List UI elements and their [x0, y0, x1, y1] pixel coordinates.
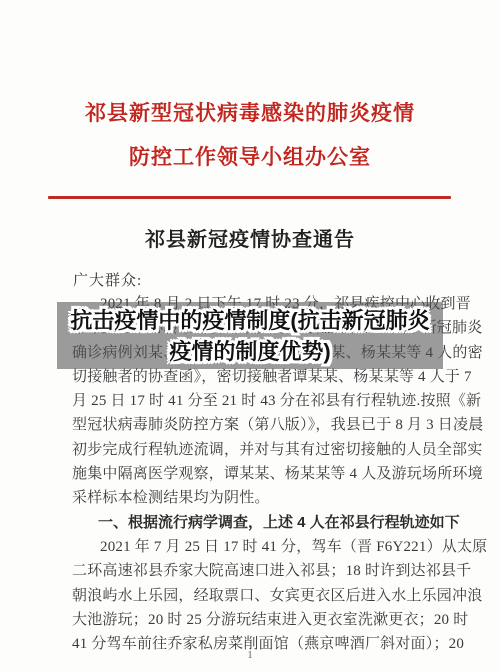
caption-overlay: 抗击疫情中的疫情制度(抗击新冠肺炎 疫情的制度优势) — [57, 302, 443, 369]
body-line: 2021 年 7 月 25 日 17 时 41 分，驾车（晋 F6Y221）从太… — [72, 535, 432, 559]
notice-title: 祁县新冠疫情协查通告 — [0, 223, 500, 252]
salutation: 广大群众: — [73, 269, 142, 290]
body-line: 型冠状病毒肺炎防控方案（第八版）》，我县已于 8 月 3 日凌晨 — [72, 413, 432, 437]
body-line: 采样标本检测结果均为阴性。 — [72, 486, 432, 510]
caption-line-2: 疫情的制度优势) — [169, 336, 330, 367]
document-page: 祁县新型冠状病毒感染的肺炎疫情 防控工作领导小组办公室 祁县新冠疫情协查通告 广… — [0, 0, 500, 672]
body-line: 二环高速祁县乔家大院高速口进入祁县；18 时许到达祁县千 — [72, 559, 432, 583]
letterhead-line-1: 祁县新型冠状病毒感染的肺炎疫情 — [0, 97, 500, 127]
body-line: 大池游玩；20 时 25 分游玩结束进入更衣室洗漱更衣；20 时 — [72, 608, 432, 632]
body-line: 施集中隔离医学观察，谭某某、杨某某等 4 人及游玩场所环境 — [72, 462, 432, 486]
body-line: 月 25 日 17 时 41 分至 21 时 43 分在祁县有行程轨迹.按照《新 — [72, 389, 432, 413]
caption-line-1: 抗击疫情中的疫情制度(抗击新冠肺炎 — [70, 305, 429, 336]
body-line: 朝浪屿水上乐园，经取票口、女宾更衣区后进入水上乐园冲浪 — [72, 584, 432, 608]
body-line: 初步完成行程轨迹流调，并对与其有过密切接触的人员全部实 — [72, 438, 432, 462]
page-number: 1 — [0, 650, 500, 661]
red-divider-rule — [48, 196, 451, 199]
section-heading: 一、根据流行病学调查，上述 4 人在祁县行程轨迹如下 — [72, 511, 432, 535]
letterhead-line-2: 防控工作领导小组办公室 — [0, 141, 500, 171]
